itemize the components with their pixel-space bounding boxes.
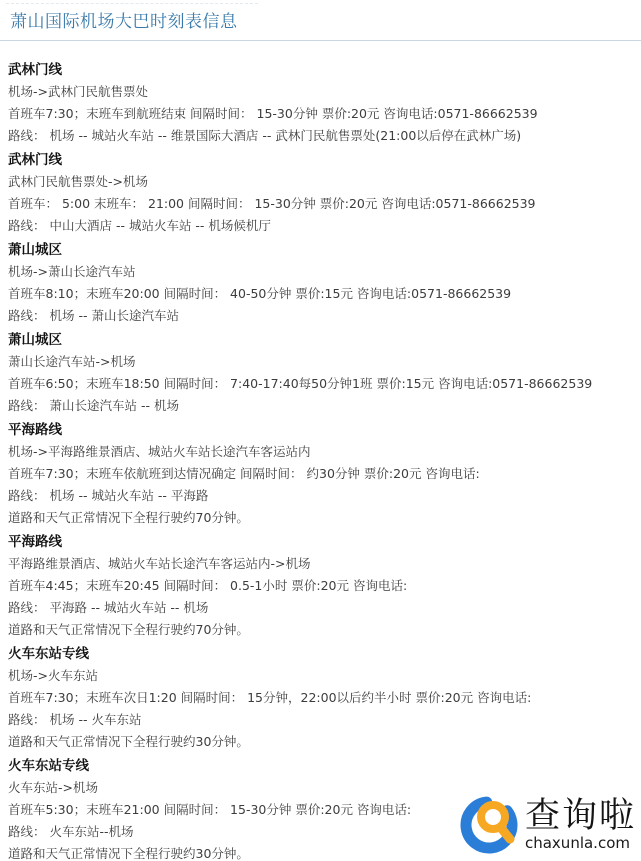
route-direction: 萧山长途汽车站->机场 — [8, 351, 633, 373]
site-logo[interactable]: 查询啦 chaxunla.com — [459, 792, 636, 856]
schedule-sections: 武林门线机场->武林门民航售票处首班车7:30；末班车到航班结束 间隔时间： 1… — [0, 41, 641, 861]
route-heading: 萧山城区 — [8, 327, 633, 351]
route-section: 萧山城区萧山长途汽车站->机场首班车6:50；末班车18:50 间隔时间： 7:… — [8, 327, 633, 417]
route-path: 路线： 萧山长途汽车站 -- 机场 — [8, 395, 633, 417]
route-section: 平海路线机场->平海路维景酒店、城站火车站长途汽车客运站内首班车7:30；末班车… — [8, 417, 633, 529]
route-section: 火车东站专线机场->火车东站首班车7:30；末班车次日1:20 间隔时间： 15… — [8, 641, 633, 753]
route-section: 武林门线武林门民航售票处->机场首班车： 5:00 末班车： 21:00 间隔时… — [8, 147, 633, 237]
route-heading: 火车东站专线 — [8, 753, 633, 777]
route-direction: 武林门民航售票处->机场 — [8, 171, 633, 193]
route-path: 路线： 机场 -- 萧山长途汽车站 — [8, 305, 633, 327]
route-schedule: 首班车6:50；末班车18:50 间隔时间： 7:40-17:40每50分钟1班… — [8, 373, 633, 395]
route-direction: 机场->武林门民航售票处 — [8, 81, 633, 103]
logo-name: 查询啦 — [525, 797, 636, 835]
route-note: 道路和天气正常情况下全程行驶约70分钟。 — [8, 619, 633, 641]
route-path: 路线： 平海路 -- 城站火车站 -- 机场 — [8, 597, 633, 619]
route-path: 路线： 机场 -- 城站火车站 -- 维景国际大酒店 -- 武林门民航售票处(2… — [8, 125, 633, 147]
route-note: 道路和天气正常情况下全程行驶约30分钟。 — [8, 731, 633, 753]
route-section: 萧山城区机场->萧山长途汽车站首班车8:10；末班车20:00 间隔时间： 40… — [8, 237, 633, 327]
route-schedule: 首班车7:30；末班车依航班到达情况确定 间隔时间： 约30分钟 票价:20元 … — [8, 463, 633, 485]
logo-text: 查询啦 chaxunla.com — [525, 797, 636, 851]
page: 萧山国际机场大巴时刻表信息 武林门线机场->武林门民航售票处首班车7:30；末班… — [0, 0, 641, 861]
route-path: 路线： 机场 -- 火车东站 — [8, 709, 633, 731]
route-note: 道路和天气正常情况下全程行驶约70分钟。 — [8, 507, 633, 529]
route-heading: 萧山城区 — [8, 237, 633, 261]
route-section: 武林门线机场->武林门民航售票处首班车7:30；末班车到航班结束 间隔时间： 1… — [8, 57, 633, 147]
route-heading: 火车东站专线 — [8, 641, 633, 665]
route-heading: 平海路线 — [8, 417, 633, 441]
route-schedule: 首班车4:45；末班车20:45 间隔时间： 0.5-1小时 票价:20元 咨询… — [8, 575, 633, 597]
magnifier-icon — [459, 792, 523, 856]
top-border-artifact — [6, 3, 258, 4]
page-title: 萧山国际机场大巴时刻表信息 — [0, 0, 641, 40]
route-schedule: 首班车7:30；末班车次日1:20 间隔时间： 15分钟，22:00以后约半小时… — [8, 687, 633, 709]
route-heading: 武林门线 — [8, 147, 633, 171]
route-heading: 平海路线 — [8, 529, 633, 553]
route-schedule: 首班车7:30；末班车到航班结束 间隔时间： 15-30分钟 票价:20元 咨询… — [8, 103, 633, 125]
route-direction: 机场->火车东站 — [8, 665, 633, 687]
route-direction: 机场->萧山长途汽车站 — [8, 261, 633, 283]
logo-domain: chaxunla.com — [525, 835, 636, 851]
route-heading: 武林门线 — [8, 57, 633, 81]
route-path: 路线： 中山大酒店 -- 城站火车站 -- 机场候机厅 — [8, 215, 633, 237]
route-direction: 平海路维景酒店、城站火车站长途汽车客运站内->机场 — [8, 553, 633, 575]
route-section: 平海路线平海路维景酒店、城站火车站长途汽车客运站内->机场首班车4:45；末班车… — [8, 529, 633, 641]
route-schedule: 首班车： 5:00 末班车： 21:00 间隔时间： 15-30分钟 票价:20… — [8, 193, 633, 215]
route-schedule: 首班车8:10；末班车20:00 间隔时间： 40-50分钟 票价:15元 咨询… — [8, 283, 633, 305]
route-direction: 机场->平海路维景酒店、城站火车站长途汽车客运站内 — [8, 441, 633, 463]
route-path: 路线： 机场 -- 城站火车站 -- 平海路 — [8, 485, 633, 507]
